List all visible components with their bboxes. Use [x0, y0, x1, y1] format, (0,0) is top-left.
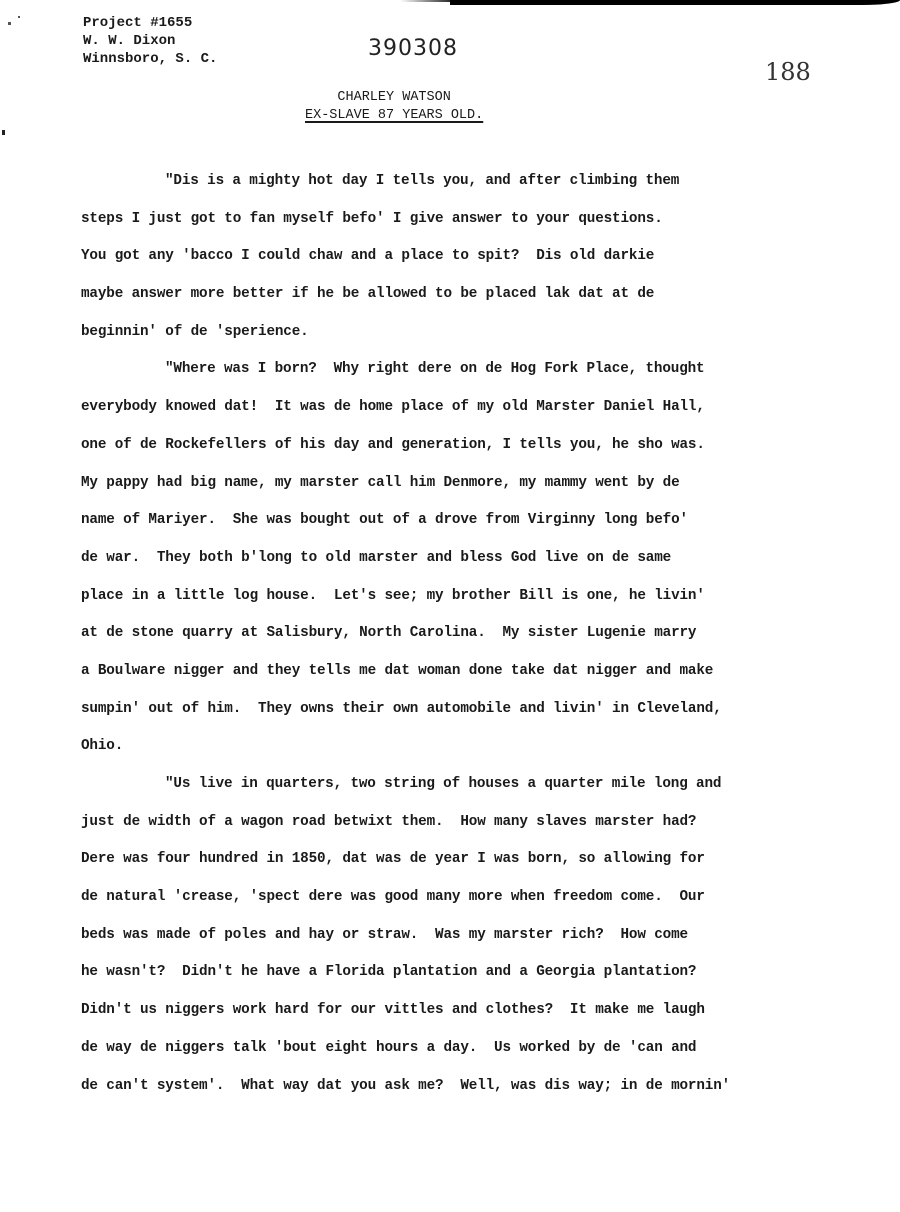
text-line: just de width of a wagon road betwixt th… — [81, 804, 801, 842]
paragraph-first-line: "Us live in quarters, two string of hous… — [81, 766, 801, 804]
text-line: everybody knowed dat! It was de home pla… — [81, 389, 801, 427]
interview-body: "Dis is a mighty hot day I tells you, an… — [81, 163, 801, 1105]
text-line: maybe answer more better if he be allowe… — [81, 276, 801, 314]
paragraph-first-line: "Dis is a mighty hot day I tells you, an… — [81, 163, 801, 201]
text-line: Didn't us niggers work hard for our vitt… — [81, 992, 801, 1030]
text-line: de natural 'crease, 'spect dere was good… — [81, 879, 801, 917]
scan-speck — [18, 16, 20, 18]
scan-edge-border — [450, 0, 900, 5]
text-line: name of Mariyer. She was bought out of a… — [81, 502, 801, 540]
text-line: place in a little log house. Let's see; … — [81, 578, 801, 616]
text-line: You got any 'bacco I could chaw and a pl… — [81, 238, 801, 276]
text-line: steps I just got to fan myself befo' I g… — [81, 201, 801, 239]
text-line: beds was made of poles and hay or straw.… — [81, 917, 801, 955]
author-name: W. W. Dixon — [83, 32, 217, 50]
text-line: de war. They both b'long to old marster … — [81, 540, 801, 578]
archive-stamp-number: 390308 — [368, 36, 458, 61]
paragraph-first-line: "Where was I born? Why right dere on de … — [81, 351, 801, 389]
scan-speck — [2, 130, 5, 135]
text-line: de can't system'. What way dat you ask m… — [81, 1068, 801, 1106]
text-line: Ohio. — [81, 728, 801, 766]
scan-speck — [8, 22, 11, 25]
text-line: at de stone quarry at Salisbury, North C… — [81, 615, 801, 653]
page-number: 188 — [765, 58, 811, 86]
author-location: Winnsboro, S. C. — [83, 50, 217, 68]
subject-name: CHARLEY WATSON — [305, 89, 483, 107]
text-line: sumpin' out of him. They owns their own … — [81, 691, 801, 729]
subject-description: EX-SLAVE 87 YEARS OLD. — [305, 107, 483, 125]
text-line: My pappy had big name, my marster call h… — [81, 465, 801, 503]
document-title: CHARLEY WATSON EX-SLAVE 87 YEARS OLD. — [305, 89, 483, 125]
project-number: Project #1655 — [83, 14, 217, 32]
text-line: Dere was four hundred in 1850, dat was d… — [81, 841, 801, 879]
text-line: beginnin' of de 'sperience. — [81, 314, 801, 352]
text-line: a Boulware nigger and they tells me dat … — [81, 653, 801, 691]
header-info: Project #1655 W. W. Dixon Winnsboro, S. … — [83, 14, 217, 68]
text-line: one of de Rockefellers of his day and ge… — [81, 427, 801, 465]
text-line: he wasn't? Didn't he have a Florida plan… — [81, 954, 801, 992]
text-line: de way de niggers talk 'bout eight hours… — [81, 1030, 801, 1068]
